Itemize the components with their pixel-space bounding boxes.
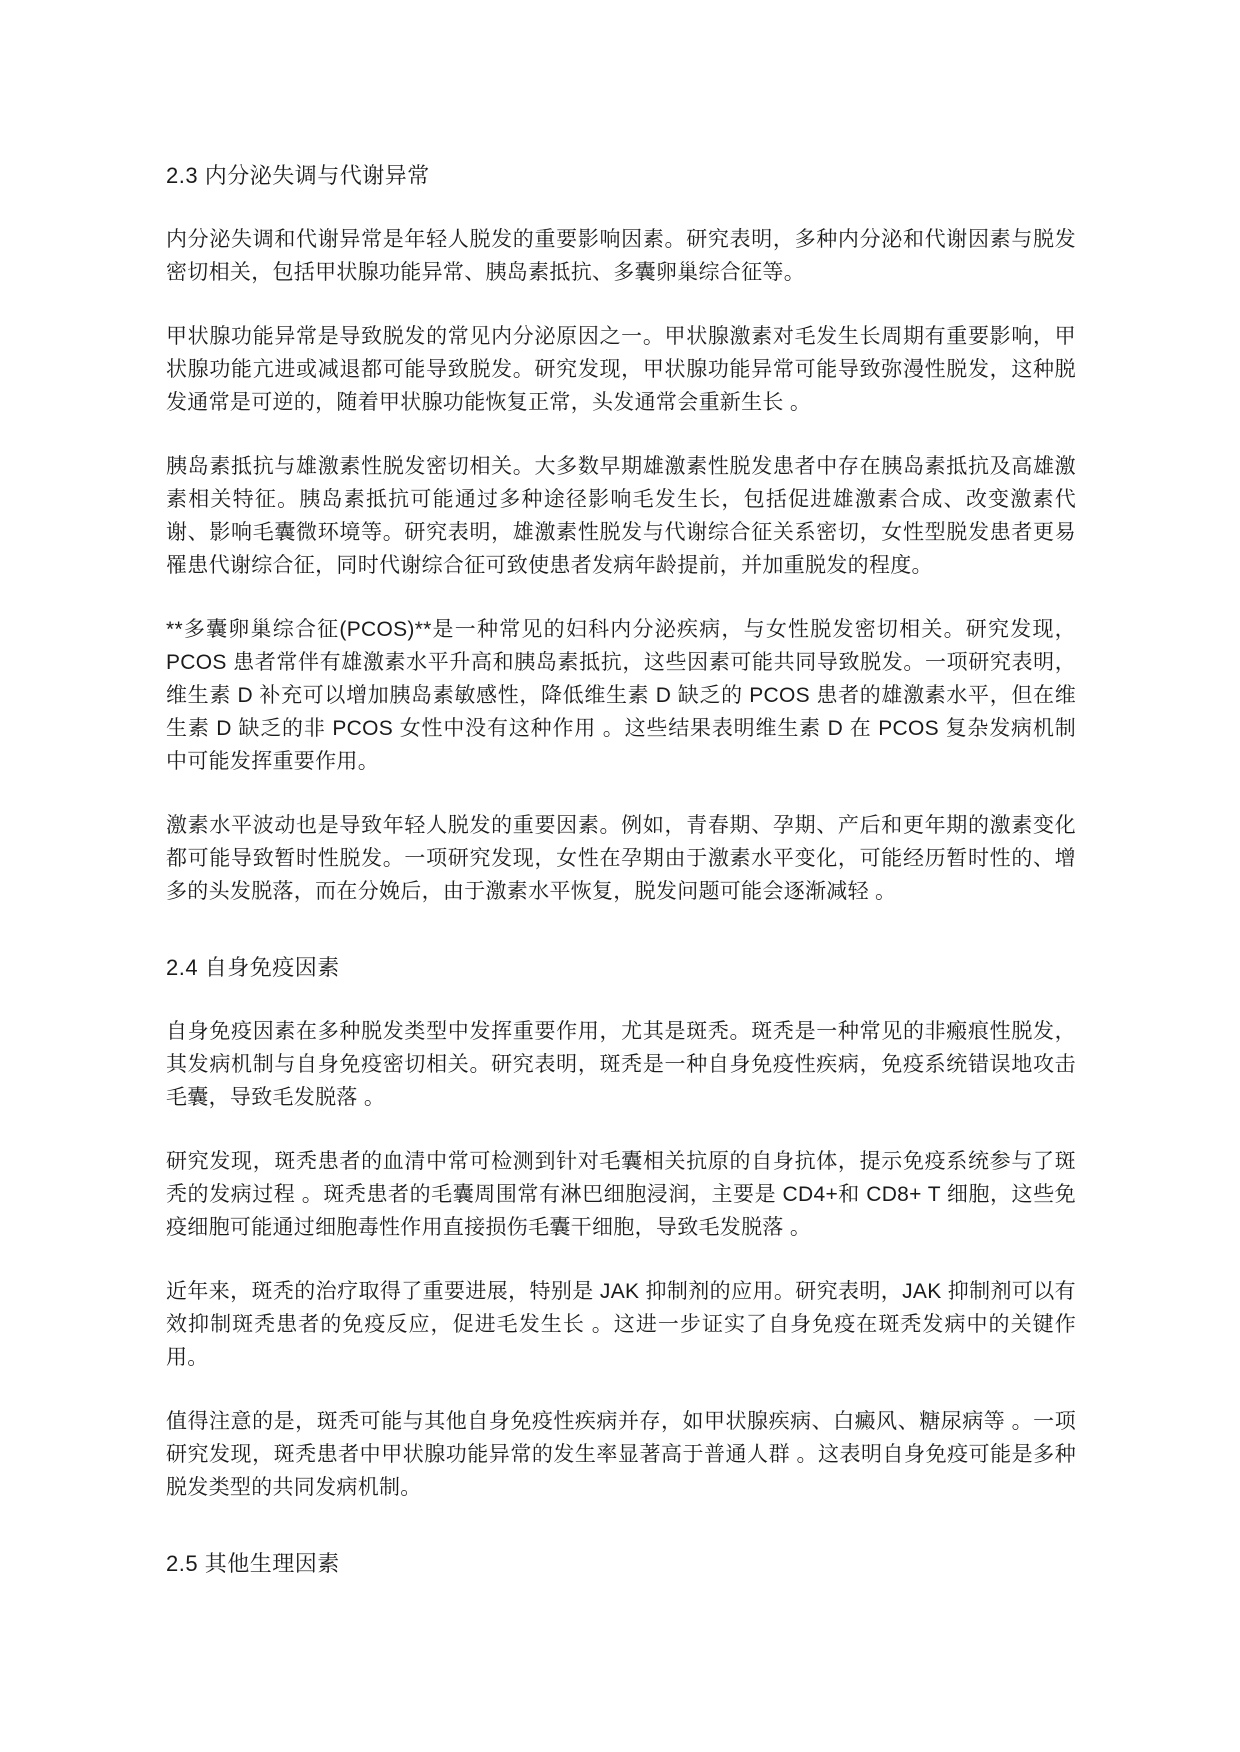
document-page: 2.3 内分泌失调与代谢异常 内分泌失调和代谢异常是年轻人脱发的重要影响因素。研… <box>0 0 1240 1752</box>
section-heading-2-5: 2.5 其他生理因素 <box>166 1548 1076 1580</box>
paragraph: 近年来，斑秃的治疗取得了重要进展，特别是 JAK 抑制剂的应用。研究表明，JAK… <box>166 1275 1076 1374</box>
paragraph: 胰岛素抵抗与雄激素性脱发密切相关。大多数早期雄激素性脱发患者中存在胰岛素抵抗及高… <box>166 450 1076 582</box>
paragraph: 内分泌失调和代谢异常是年轻人脱发的重要影响因素。研究表明，多种内分泌和代谢因素与… <box>166 223 1076 289</box>
paragraph: 值得注意的是，斑秃可能与其他自身免疫性疾病并存，如甲状腺疾病、白癜风、糖尿病等 … <box>166 1405 1076 1504</box>
paragraph: 甲状腺功能异常是导致脱发的常见内分泌原因之一。甲状腺激素对毛发生长周期有重要影响… <box>166 320 1076 419</box>
section-heading-2-3: 2.3 内分泌失调与代谢异常 <box>166 160 1076 192</box>
paragraph: 研究发现，斑秃患者的血清中常可检测到针对毛囊相关抗原的自身抗体，提示免疫系统参与… <box>166 1145 1076 1244</box>
paragraph: 激素水平波动也是导致年轻人脱发的重要因素。例如，青春期、孕期、产后和更年期的激素… <box>166 809 1076 908</box>
paragraph: 自身免疫因素在多种脱发类型中发挥重要作用，尤其是斑秃。斑秃是一种常见的非瘢痕性脱… <box>166 1015 1076 1114</box>
paragraph: **多囊卵巢综合征(PCOS)**是一种常见的妇科内分泌疾病，与女性脱发密切相关… <box>166 613 1076 778</box>
section-heading-2-4: 2.4 自身免疫因素 <box>166 952 1076 984</box>
